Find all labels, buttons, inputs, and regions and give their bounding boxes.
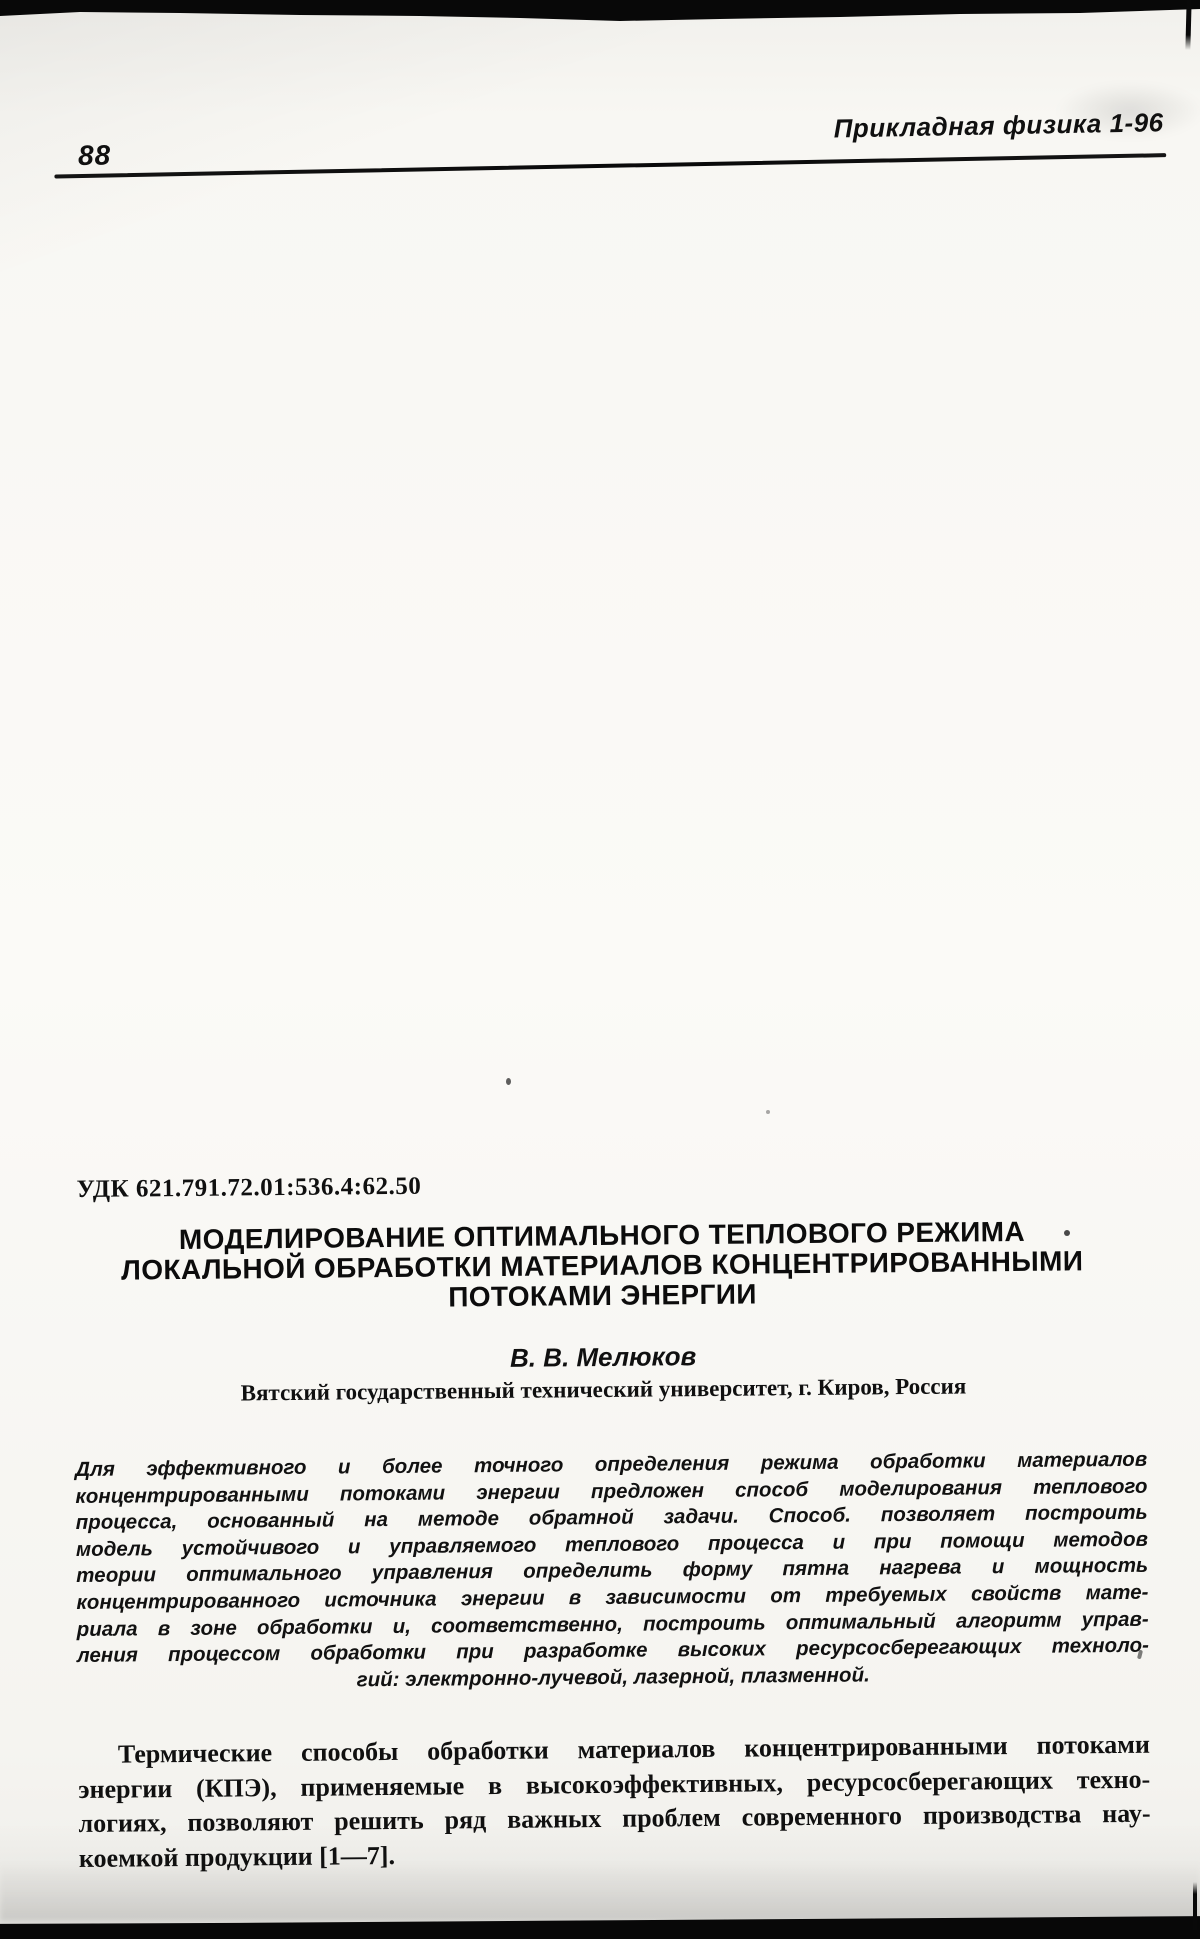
author-affiliation: Вятский государственный технический унив… xyxy=(58,1371,1148,1409)
udc-code: УДК 621.791.72.01:536.4:62.50 xyxy=(76,1172,421,1205)
body-paragraph: Термические способы обработки материалов… xyxy=(78,1728,1151,1876)
article-title: МОДЕЛИРОВАНИЕ ОПТИМАЛЬНОГО ТЕПЛОВОГО РЕЖ… xyxy=(57,1216,1148,1316)
scanned-paper-page: 88 Прикладная физика 1-96 УДК 621.791.72… xyxy=(0,0,1200,1939)
author-name: В. В. Мелюков xyxy=(58,1338,1148,1377)
article-content: УДК 621.791.72.01:536.4:62.50 МОДЕЛИРОВА… xyxy=(0,0,1200,1939)
abstract: Для эффективного и более точного определ… xyxy=(75,1447,1149,1697)
